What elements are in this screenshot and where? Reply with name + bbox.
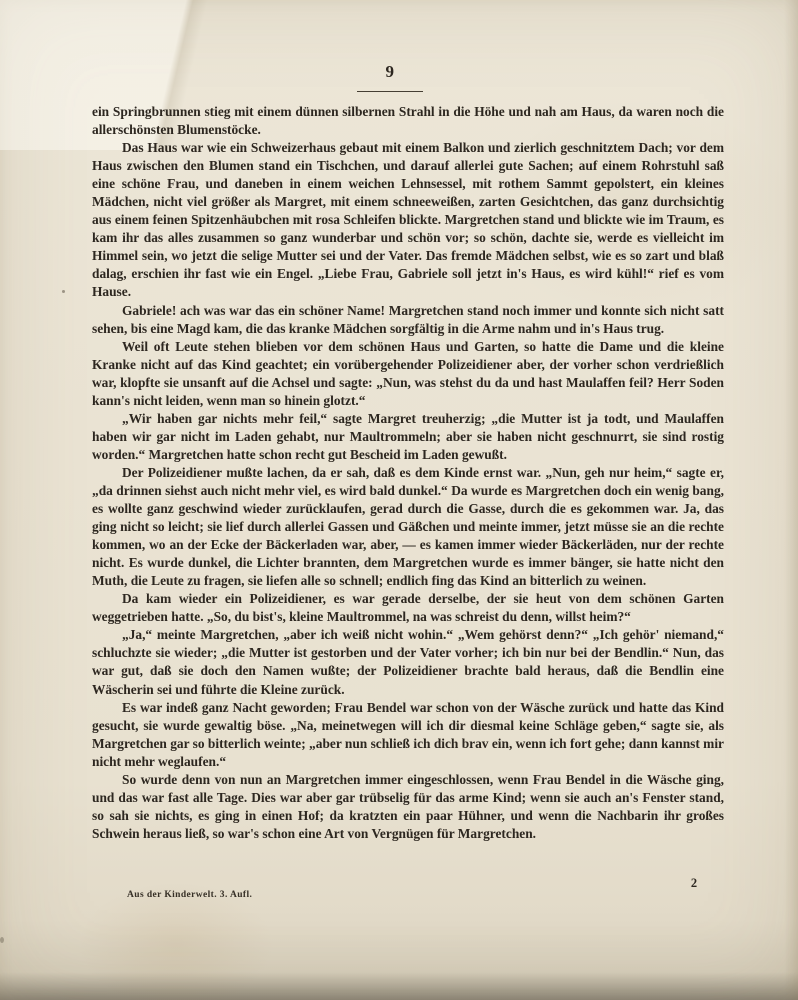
paper-speck: [0, 937, 4, 943]
paragraph: Da kam wieder ein Polizeidiener, es war …: [92, 590, 724, 626]
page-number-rule: [357, 91, 423, 92]
paper-speck: [62, 290, 65, 293]
paragraph: „Ja,“ meinte Margretchen, „aber ich weiß…: [92, 626, 724, 698]
paragraph: Das Haus war wie ein Schweizerhaus gebau…: [92, 139, 724, 301]
body-text: ein Springbrunnen stieg mit einem dünnen…: [92, 103, 724, 843]
paragraph: Der Polizeidiener mußte lachen, da er sa…: [92, 464, 724, 590]
sheet-signature: 2: [684, 876, 704, 891]
paragraph: Es war indeß ganz Nacht geworden; Frau B…: [92, 699, 724, 771]
paragraph: „Wir haben gar nichts mehr feil,“ sagte …: [92, 410, 724, 464]
paragraph: Weil oft Leute stehen blieben vor dem sc…: [92, 338, 724, 410]
book-page: 9 ein Springbrunnen stieg mit einem dünn…: [0, 0, 798, 1000]
paper-edge-shading: [784, 0, 798, 1000]
page-number: 9: [352, 62, 428, 82]
footer-edition-note: Aus der Kinderwelt. 3. Aufl.: [127, 890, 252, 900]
paragraph: Gabriele! ach was war das ein schöner Na…: [92, 302, 724, 338]
paragraph: ein Springbrunnen stieg mit einem dünnen…: [92, 103, 724, 139]
paragraph: So wurde denn von nun an Margretchen imm…: [92, 771, 724, 843]
